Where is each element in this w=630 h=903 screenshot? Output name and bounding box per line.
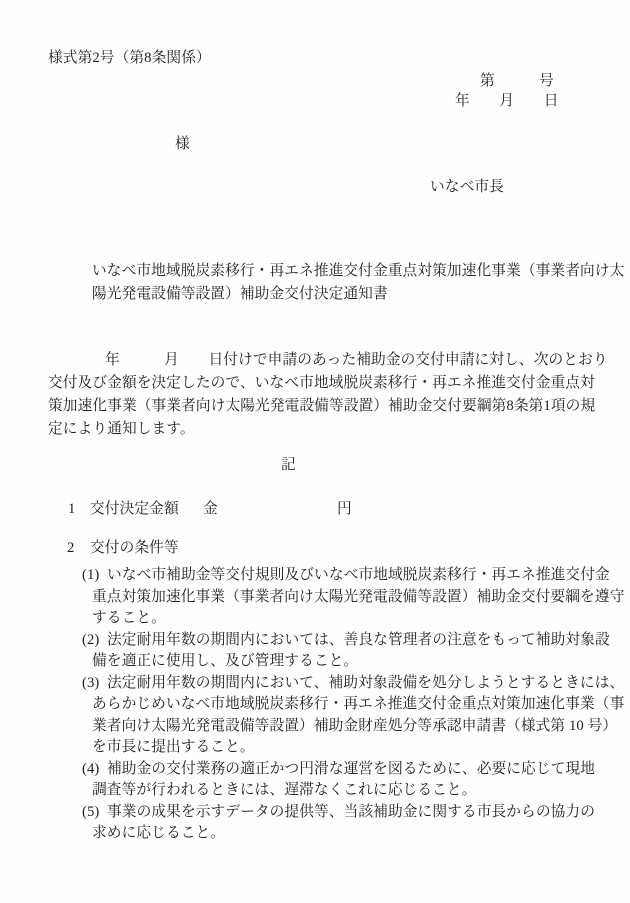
condition-5-line-1: 事業の成果を示すデータの提供等、当該補助金に関する市長からの協力の bbox=[107, 804, 595, 821]
item1-currency-suffix: 円 bbox=[337, 501, 352, 518]
condition-4-marker: (4) bbox=[82, 761, 99, 778]
condition-3-line-2: あらかじめいなべ市地域脱炭素移行・再エネ推進交付金重点対策加速化事業（事 bbox=[92, 696, 624, 713]
body-line-2: 交付及び金額を決定したので、いなべ市地域脱炭素移行・再エネ推進交付金重点対 bbox=[48, 375, 595, 392]
body-line-1: 年 月 日付けで申請のあった補助金の交付申請に対し、次のとおり bbox=[105, 352, 608, 369]
item1-currency-prefix: 金 bbox=[203, 501, 218, 518]
item2-label: 交付の条件等 bbox=[90, 540, 179, 557]
condition-4-line-2: 調査等が行われるときには、遅滞なくこれに応じること。 bbox=[92, 782, 476, 799]
recipient-honorific: 様 bbox=[175, 136, 190, 153]
document-title-line-1: いなべ市地域脱炭素移行・再エネ推進交付金重点対策加速化事業（事業者向け太 bbox=[92, 263, 624, 280]
form-number: 様式第2号（第8条関係） bbox=[48, 50, 211, 67]
condition-3-line-3: 業者向け太陽光発電設備等設置）補助金財産処分等承認申請書（様式第 10 号） bbox=[92, 718, 617, 735]
condition-2-line-1: 法定耐用年数の期間内においては、善良な管理者の注意をもって補助対象設 bbox=[107, 632, 610, 649]
condition-1-line-2: 重点対策加速化事業（事業者向け太陽光発電設備等設置）補助金交付要綱を遵守 bbox=[92, 589, 624, 606]
condition-2-marker: (2) bbox=[82, 632, 99, 649]
condition-1-marker: (1) bbox=[82, 567, 99, 584]
sender-name: いなべ市長 bbox=[430, 179, 504, 196]
body-line-4: 定により通知します。 bbox=[48, 421, 195, 438]
document-page: 様式第2号（第8条関係） 第 号 年 月 日 様 いなべ市長 いなべ市地域脱炭素… bbox=[0, 0, 630, 903]
condition-3-marker: (3) bbox=[82, 675, 99, 692]
condition-5-marker: (5) bbox=[82, 804, 99, 821]
condition-1-line-1: いなべ市補助金等交付規則及びいなべ市地域脱炭素移行・再エネ推進交付金 bbox=[107, 567, 610, 584]
condition-5-line-2: 求めに応じること。 bbox=[92, 825, 225, 842]
condition-1-line-3: すること。 bbox=[92, 610, 166, 627]
body-line-3: 策加速化事業（事業者向け太陽光発電設備等設置）補助金交付要綱第8条第1項の規 bbox=[48, 398, 595, 415]
condition-4-line-1: 補助金の交付業務の適正かつ円滑な運営を図るために、必要に応じて現地 bbox=[107, 761, 595, 778]
condition-3-line-4: を市長に提出すること。 bbox=[92, 739, 255, 756]
ki-heading: 記 bbox=[281, 457, 296, 474]
document-title-line-2: 陽光発電設備等設置）補助金交付決定通知書 bbox=[92, 286, 388, 303]
issue-date-line: 年 月 日 bbox=[455, 93, 559, 110]
item1-label: 交付決定金額 bbox=[90, 501, 179, 518]
condition-3-line-1: 法定耐用年数の期間内において、補助対象設備を処分しようとするときには、 bbox=[107, 675, 624, 692]
item1-number: 1 bbox=[68, 501, 75, 518]
item2-number: 2 bbox=[67, 540, 74, 557]
condition-2-line-2: 備を適正に使用し、及び管理すること。 bbox=[92, 653, 358, 670]
issue-number-line: 第 号 bbox=[480, 73, 554, 90]
